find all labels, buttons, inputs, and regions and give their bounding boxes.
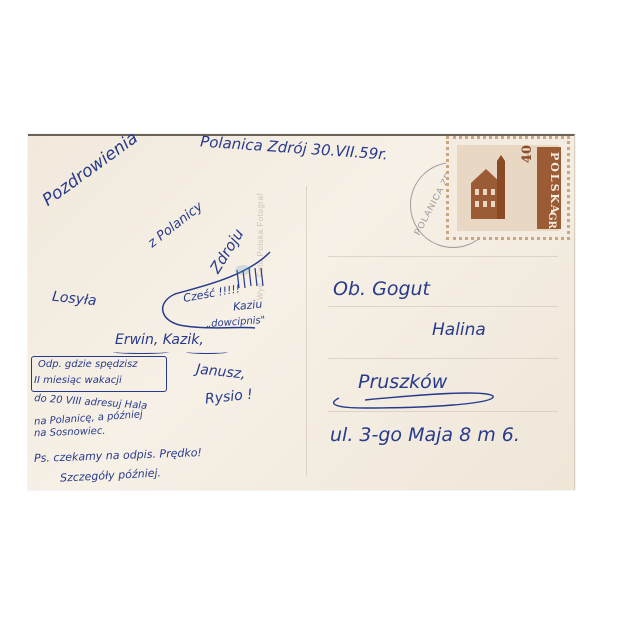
- boxed-line-2: II miesiąc wakacji: [34, 376, 122, 386]
- stamp-unit: GR: [546, 212, 557, 229]
- address-line: [328, 358, 558, 359]
- bubble-signature: Kaziu: [233, 298, 263, 312]
- names-line: Erwin, Kazik,: [115, 333, 204, 347]
- card-divider: [306, 186, 307, 476]
- address-line: [328, 306, 558, 307]
- city-underline-swash: [325, 384, 500, 414]
- names-underline: [113, 350, 169, 354]
- address-street: ul. 3-go Maja 8 m 6.: [330, 426, 520, 445]
- town-hall-stamp-icon: [467, 155, 513, 223]
- stamp-value: 40: [520, 145, 535, 163]
- address-recipient-first-name: Halina: [432, 322, 486, 339]
- boxed-line-1: Odp. gdzie spędzisz: [38, 360, 138, 370]
- stamp-country: POLSKA: [537, 149, 561, 219]
- address-recipient: Ob. Gogut: [333, 280, 430, 299]
- postage-stamp: 40 POLSKA GR: [446, 136, 570, 240]
- names-underline: [186, 350, 228, 354]
- address-line: [328, 256, 558, 257]
